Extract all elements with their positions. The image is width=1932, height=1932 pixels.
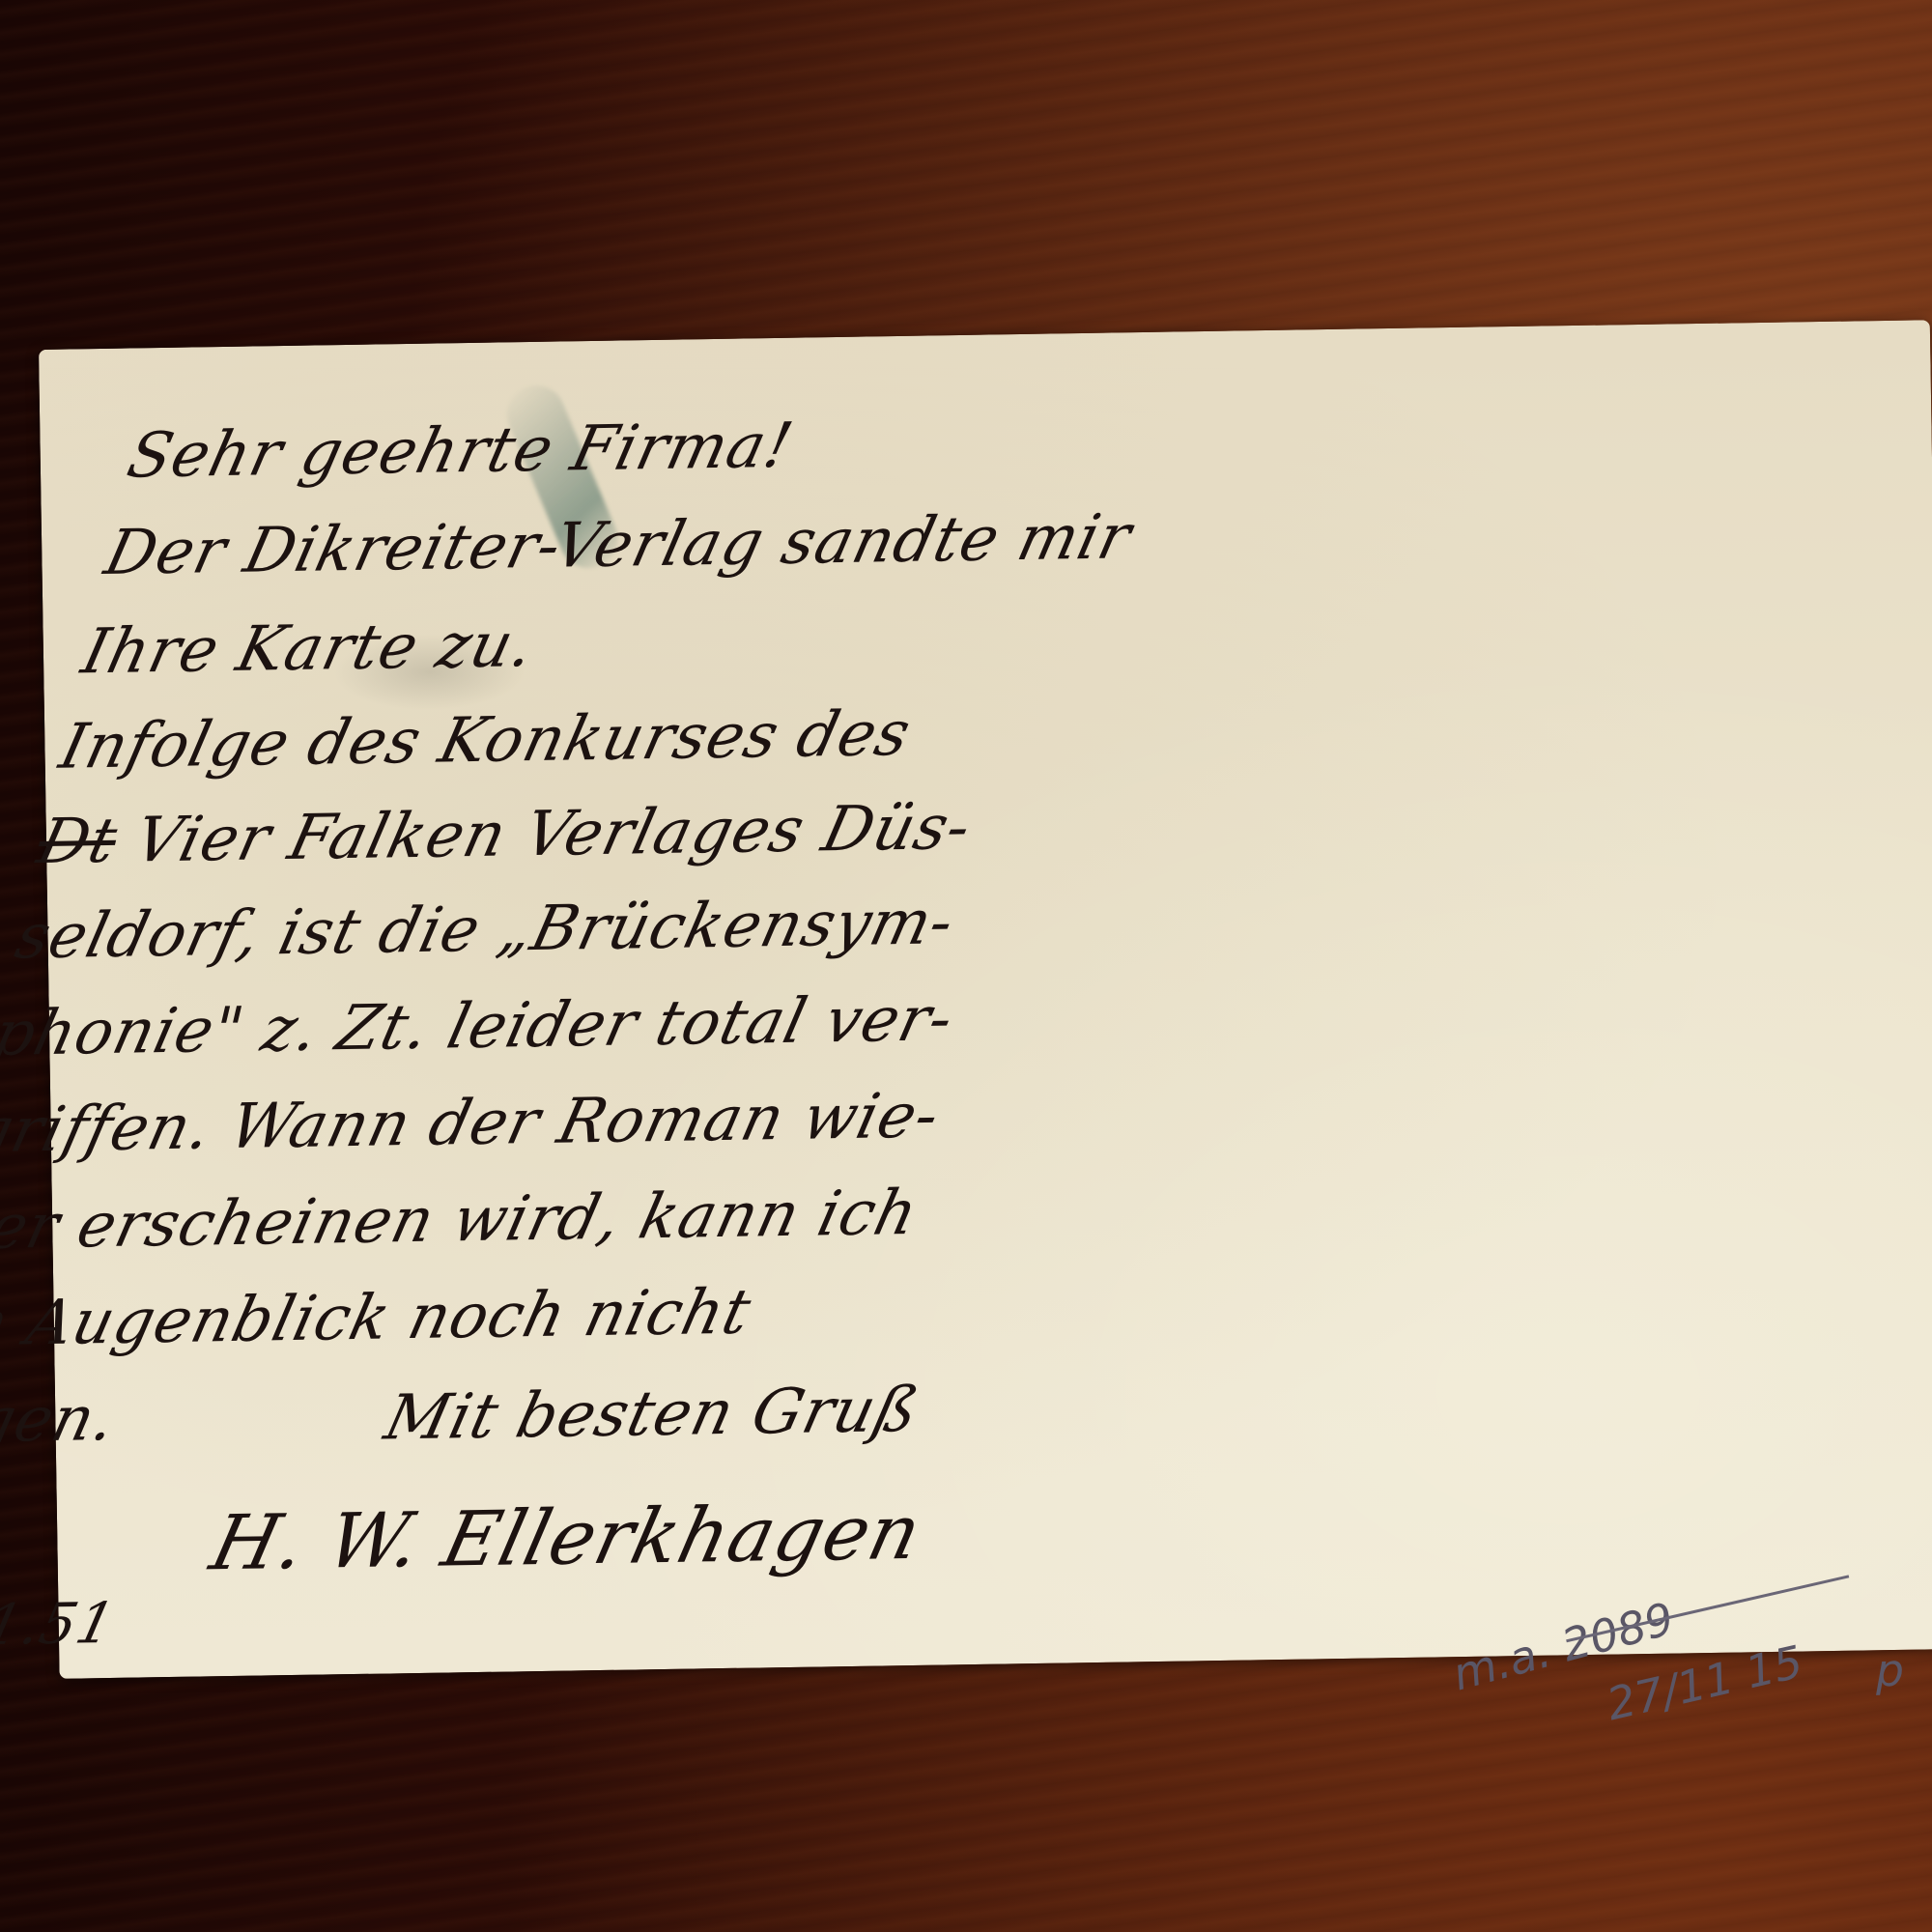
signature: H. W. Ellerkhagen [204, 1495, 927, 1582]
body-line-4-wrapper: Dt Vier Falken Verlages Düs- [32, 797, 977, 873]
body-line-5: seldorf, ist die „Brückensym- [10, 892, 959, 968]
postcard: Sehr geehrte Firma! Der Dikreiter-Verlag… [39, 320, 1932, 1679]
pencil-note-initial: p [1875, 1644, 1904, 1696]
body-line-7: griffen. Wann der Roman wie- [0, 1085, 946, 1162]
body-line-3: Infolge des Konkurses des [54, 703, 916, 779]
struck-out-word: Dt [31, 806, 124, 879]
body-line-10: sagen. [0, 1388, 122, 1454]
date: 23.11.51 [0, 1595, 121, 1655]
body-line-2: Ihre Karte zu. [76, 614, 540, 684]
salutation: Sehr geehrte Firma! [122, 415, 798, 488]
body-line-4: Vier Falken Verlages Düs- [128, 792, 979, 877]
closing: Mit besten Gruß [380, 1379, 924, 1450]
body-line-8: der erscheinen wird, kann ich [0, 1182, 923, 1260]
body-line-6: phonie" z. Zt. leider total ver- [0, 988, 959, 1065]
body-line-9: im Augenblick noch nicht [0, 1281, 756, 1356]
body-line-1: Der Dikreiter-Verlag sandte mir [99, 506, 1137, 584]
